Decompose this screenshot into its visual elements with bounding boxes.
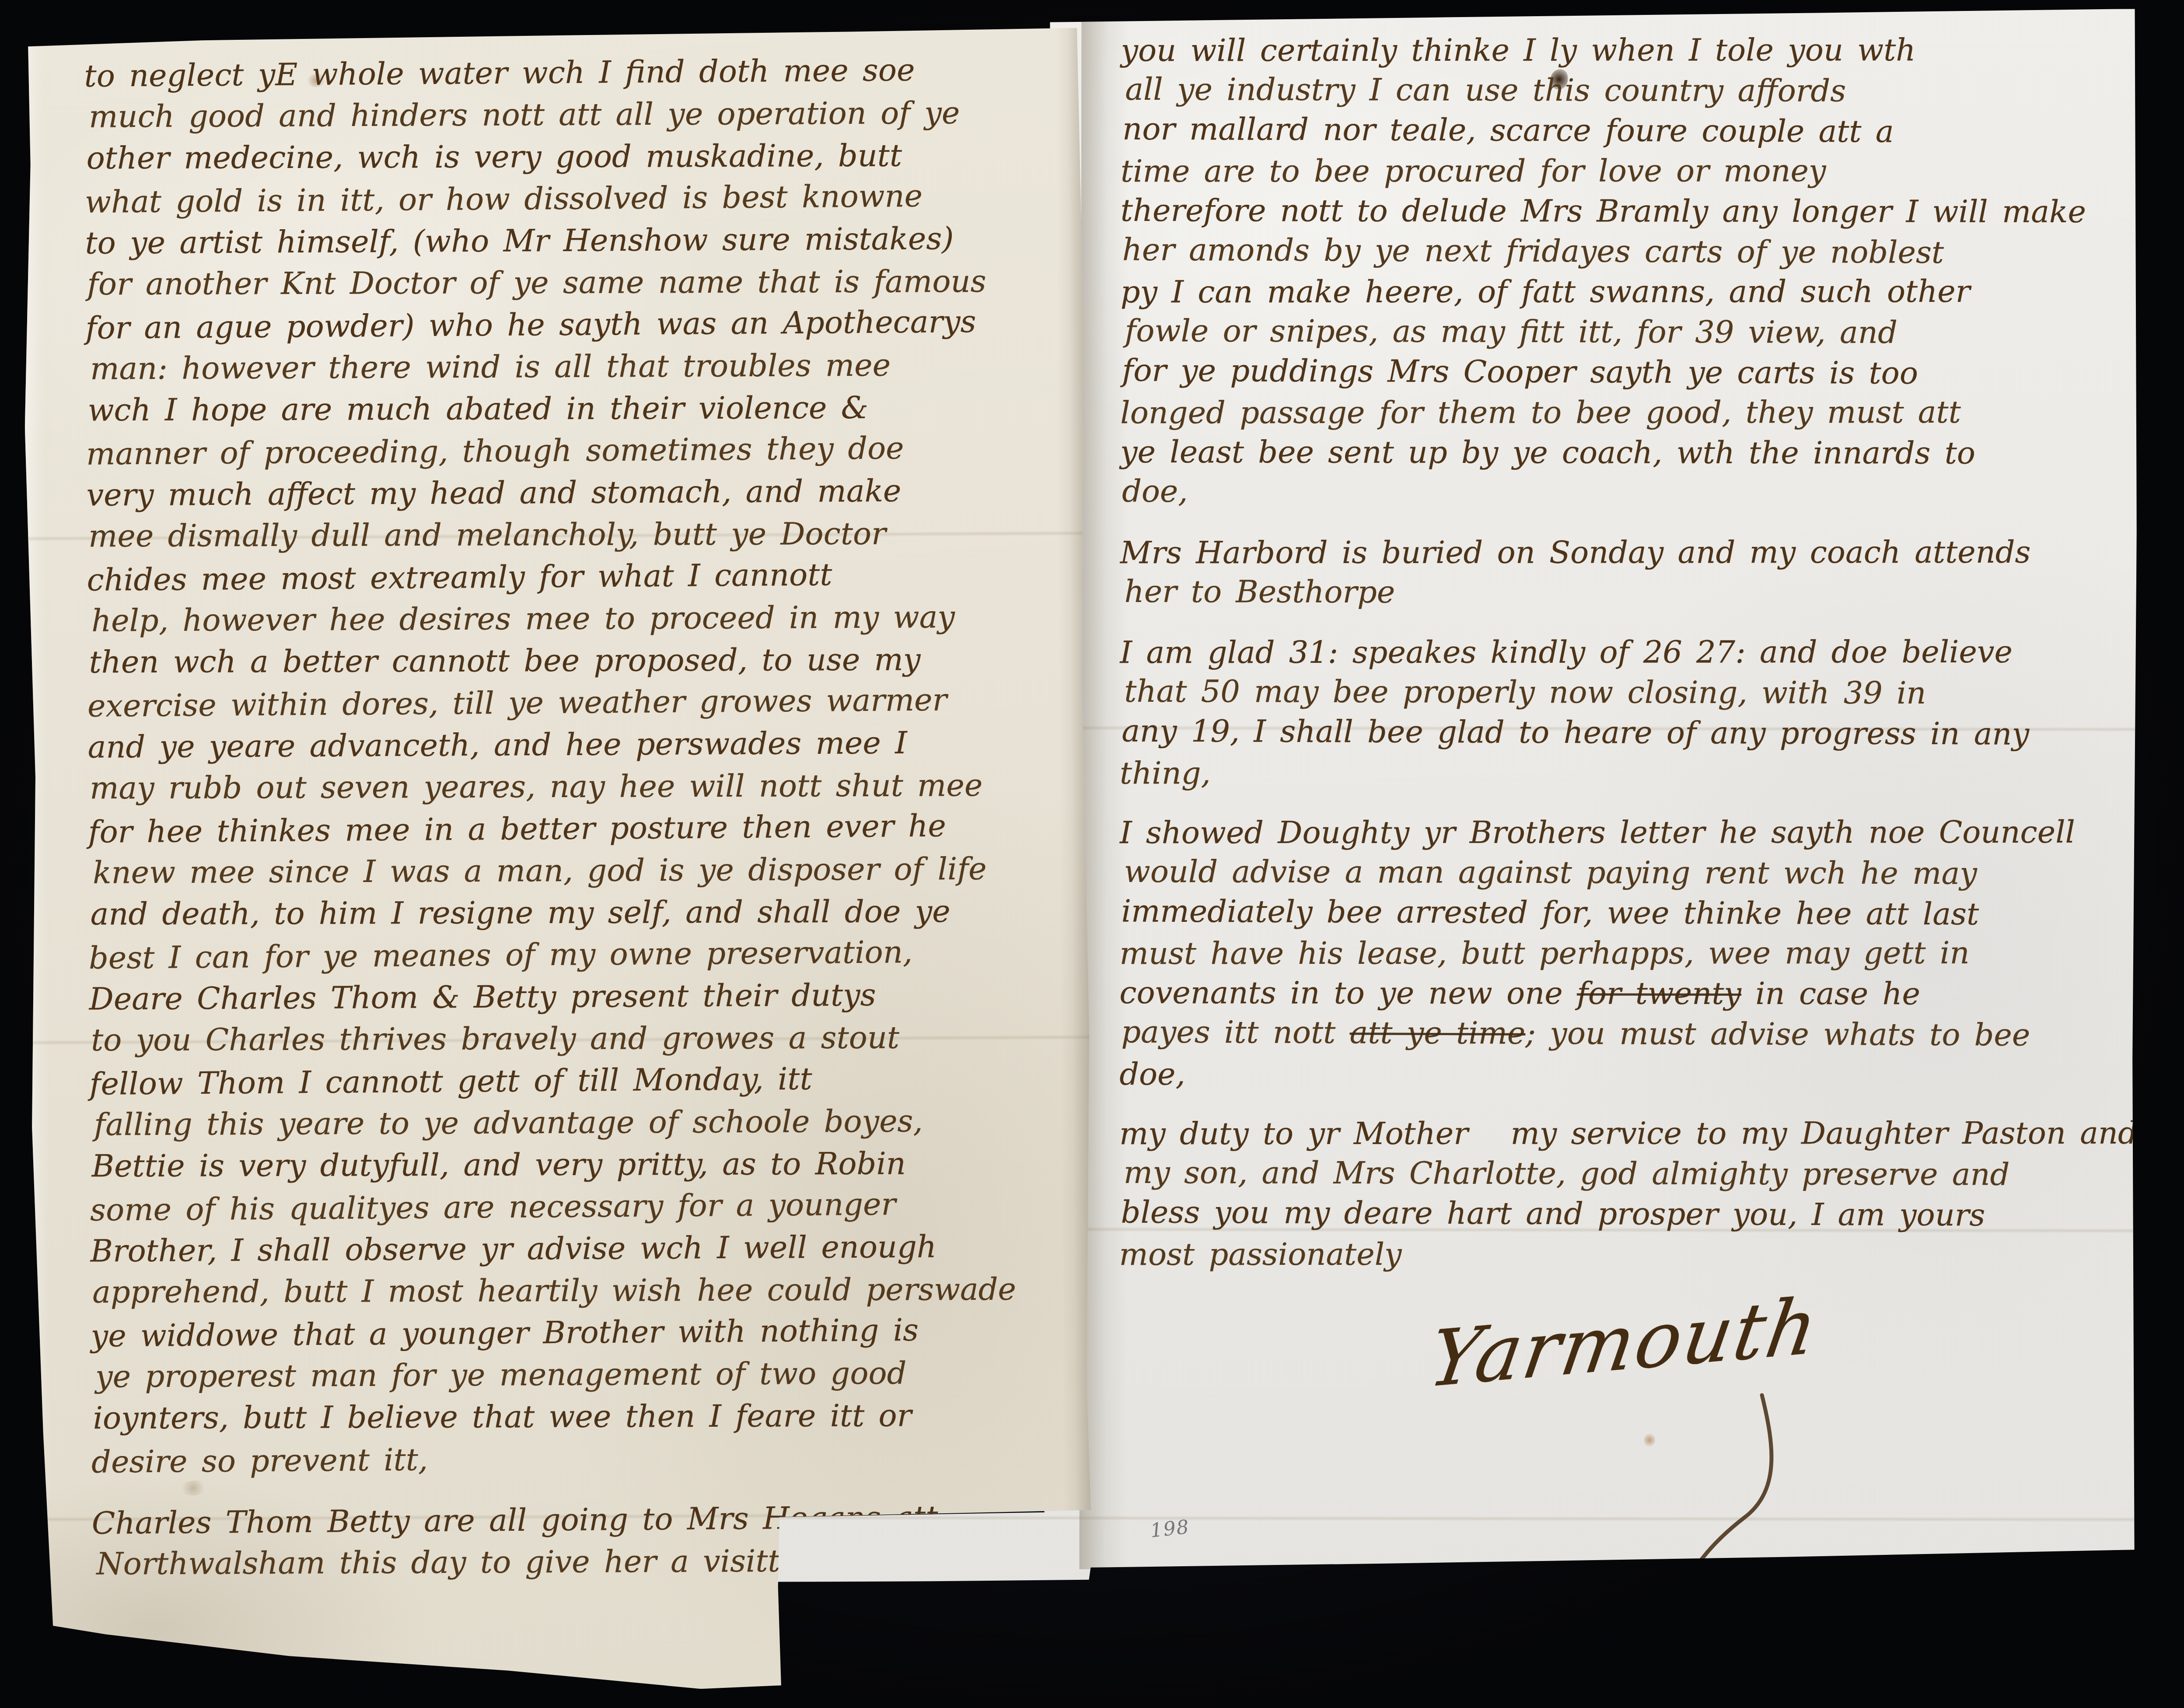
pencil-folio-number: 198 xyxy=(1149,1516,1191,1542)
paragraph: I am glad 31: speakes kindly of 26 27: a… xyxy=(1120,631,2138,794)
text-segment: Brother, I shall observe yr advise wch I… xyxy=(90,1228,936,1269)
text-line: then wch a better cannott bee proposed, … xyxy=(89,638,1013,683)
text-segment: doe, xyxy=(1122,473,1188,509)
text-line: chides mee most extreamly for what I can… xyxy=(87,552,1010,601)
text-segment: in case he xyxy=(1741,976,1920,1012)
text-line: fowle or snipes, as may fitt itt, for 39… xyxy=(1125,311,2143,353)
text-segment: to neglect yE whole water wch I find dot… xyxy=(84,52,915,94)
text-line: wch I hope are much abated in their viol… xyxy=(87,386,1011,431)
text-segment: bless you my deare hart and prosper you,… xyxy=(1121,1194,1985,1233)
text-line: desire so prevent itt, xyxy=(91,1434,1015,1483)
text-line: to ye artist himself, (who Mr Henshow su… xyxy=(85,217,1009,264)
paragraph: my duty to yr Mother my service to my Da… xyxy=(1119,1113,2137,1275)
text-line: her amonds by ye next fridayes carts of … xyxy=(1122,229,2141,273)
text-line: my son, and Mrs Charlotte, god almighty … xyxy=(1124,1152,2142,1195)
text-line: therefore nott to delude Mrs Bramly any … xyxy=(1121,190,2139,232)
paragraph: to neglect yE whole water wch I find dot… xyxy=(84,49,1015,1482)
text-segment: chides mee most extreamly for what I can… xyxy=(87,556,832,598)
text-segment: and ye yeare advanceth, and hee perswade… xyxy=(87,725,907,765)
text-line: very much affect my head and stomach, an… xyxy=(86,469,1010,516)
text-segment: Northwalsham this day to give her a visi… xyxy=(96,1543,790,1582)
text-line: doe, xyxy=(1119,1053,2138,1095)
text-segment: all ye industry I can use this country a… xyxy=(1125,71,1846,109)
text-line: mee dismally dull and melancholy, butt y… xyxy=(88,512,1012,557)
text-segment: immediately bee arrested for, wee thinke… xyxy=(1121,893,1979,932)
text-line: man: however there wind is all that trou… xyxy=(90,343,1014,389)
text-segment: most passionately xyxy=(1119,1236,1402,1272)
text-segment: py I can make heere, of fatt swanns, and… xyxy=(1121,273,1971,310)
right-page-text: you will certainly thinke I ly when I to… xyxy=(1119,29,2139,1294)
text-segment: and death, to him I resigne my self, and… xyxy=(90,893,950,932)
struck-text: for twenty xyxy=(1577,975,1741,1011)
struck-text: att ye time xyxy=(1349,1015,1525,1051)
text-line: to neglect yE whole water wch I find dot… xyxy=(84,48,1008,97)
crease-line xyxy=(773,1515,2138,1522)
left-page-text: to neglect yE whole water wch I find dot… xyxy=(84,49,1016,1605)
text-segment: much good and hinders nott att all ye op… xyxy=(89,95,960,135)
text-line: I showed Doughty yr Brothers letter he s… xyxy=(1120,812,2138,853)
text-segment: my son, and Mrs Charlotte, god almighty … xyxy=(1124,1155,2010,1193)
text-line: nor mallard nor teale, scarce foure coup… xyxy=(1122,108,2141,152)
text-line: ye properest man for ye menagement of tw… xyxy=(95,1351,1019,1397)
text-segment: best I can for ye meanes of my owne pres… xyxy=(89,934,913,976)
text-line: I am glad 31: speakes kindly of 26 27: a… xyxy=(1120,632,2138,673)
text-line: Deare Charles Thom & Betty present their… xyxy=(89,973,1013,1020)
text-segment: some of his qualityes are necessary for … xyxy=(90,1186,896,1228)
text-line: knew mee since I was a man, god is ye di… xyxy=(93,847,1017,893)
text-segment: what gold is in itt, or how dissolved is… xyxy=(85,178,923,220)
text-segment: ioynters, butt I believe that wee then I… xyxy=(93,1397,912,1436)
left-page: to neglect yE whole water wch I find dot… xyxy=(18,28,1094,1696)
text-segment: man: however there wind is all that trou… xyxy=(90,347,891,387)
text-line: help, however hee desires mee to proceed… xyxy=(91,595,1015,641)
text-line: most passionately xyxy=(1119,1234,2138,1275)
text-line: all ye industry I can use this country a… xyxy=(1125,69,2143,112)
text-segment: desire so prevent itt, xyxy=(91,1442,428,1480)
text-segment: her amonds by ye next fridayes carts of … xyxy=(1122,231,1944,270)
text-segment: help, however hee desires mee to proceed… xyxy=(91,599,955,639)
text-line: for ye puddings Mrs Cooper sayth ye cart… xyxy=(1122,350,2140,394)
text-segment: for another Knt Doctor of ye same name t… xyxy=(87,263,986,302)
text-line: apprehend, butt I most heartily wish hee… xyxy=(92,1268,1016,1313)
text-segment: to ye artist himself, (who Mr Henshow su… xyxy=(85,220,954,261)
text-segment: Mrs Harbord is buried on Sonday and my c… xyxy=(1120,534,2031,570)
text-line: falling this yeare to ye advantage of sc… xyxy=(94,1099,1018,1145)
text-segment: fowle or snipes, as may fitt itt, for 39… xyxy=(1125,313,1897,350)
text-segment: I am glad 31: speakes kindly of 26 27: a… xyxy=(1120,634,2012,670)
text-segment: manner of proceeding, though sometimes t… xyxy=(86,430,904,472)
text-segment: payes itt nott xyxy=(1121,1014,1350,1050)
paragraph: you will certainly thinke I ly when I to… xyxy=(1120,29,2139,514)
text-line: other medecine, wch is very good muskadi… xyxy=(86,134,1010,179)
text-line: Brother, I shall observe yr advise wch I… xyxy=(90,1225,1014,1272)
text-line: longed passage for them to bee good, the… xyxy=(1120,392,2139,433)
text-line: manner of proceeding, though sometimes t… xyxy=(86,426,1010,475)
left-page-torn-edge xyxy=(18,33,52,1696)
text-segment: may rubb out seven yeares, nay hee will … xyxy=(90,767,982,806)
text-segment: ; you must advise whats to bee xyxy=(1525,1015,2030,1053)
signature-flourish xyxy=(1630,1386,1814,1632)
text-line: ioynters, butt I believe that wee then I… xyxy=(93,1394,1017,1439)
text-segment: ye least bee sent up by ye coach, wth th… xyxy=(1120,434,1975,471)
paragraph: I showed Doughty yr Brothers letter he s… xyxy=(1119,812,2138,1095)
text-segment: exercise within dores, till ye weather g… xyxy=(87,682,947,724)
text-line: doe, xyxy=(1122,471,2140,514)
text-line: for hee thinkes mee in a better posture … xyxy=(88,804,1012,853)
text-segment: any 19, I shall bee glad to heare of any… xyxy=(1122,713,2029,752)
text-segment: must have his lease, butt perhapps, wee … xyxy=(1119,935,1969,971)
text-segment: for ye puddings Mrs Cooper sayth ye cart… xyxy=(1122,352,1918,391)
text-line: Bettie is very dutyfull, and very pritty… xyxy=(91,1142,1015,1187)
text-segment: doe, xyxy=(1119,1056,1185,1092)
text-line: would advise a man against paying rent w… xyxy=(1124,851,2142,894)
text-line: her to Besthorpe xyxy=(1125,571,2143,614)
text-line: covenants in to ye new one for twenty in… xyxy=(1119,973,2138,1014)
text-line: ye least bee sent up by ye coach, wth th… xyxy=(1120,432,2139,473)
text-segment: covenants in to ye new one xyxy=(1119,975,1577,1011)
text-line: payes itt nott att ye time; you must adv… xyxy=(1121,1011,2139,1055)
text-segment: nor mallard nor teale, scarce foure coup… xyxy=(1122,111,1894,149)
manuscript-scan: to neglect yE whole water wch I find dot… xyxy=(0,0,2184,1708)
text-segment: thing, xyxy=(1120,755,1211,791)
text-line: for an ague powder) who he sayth was an … xyxy=(85,300,1009,349)
text-segment: then wch a better cannott bee proposed, … xyxy=(89,641,920,680)
text-segment: time are to bee procured for love or mon… xyxy=(1121,153,1826,189)
text-line: time are to bee procured for love or mon… xyxy=(1121,150,2139,192)
text-segment: to you Charles thrives bravely and growe… xyxy=(91,1020,899,1058)
text-line: much good and hinders nott att all ye op… xyxy=(89,91,1013,137)
text-segment: Bettie is very dutyfull, and very pritty… xyxy=(91,1146,905,1184)
text-segment: you will certainly thinke I ly when I to… xyxy=(1121,32,1915,68)
text-line: my duty to yr Mother my service to my Da… xyxy=(1119,1113,2138,1154)
text-segment: that 50 may bee properly now closing, wi… xyxy=(1124,673,1926,711)
text-line: must have his lease, butt perhapps, wee … xyxy=(1119,933,2138,974)
text-line: ye widdowe that a younger Brother with n… xyxy=(91,1308,1014,1357)
text-line: any 19, I shall bee glad to heare of any… xyxy=(1122,710,2140,754)
text-segment: therefore nott to delude Mrs Bramly any … xyxy=(1121,192,2086,230)
text-line: bless you my deare hart and prosper you,… xyxy=(1121,1192,2139,1235)
text-segment: knew mee since I was a man, god is ye di… xyxy=(93,851,987,891)
text-segment: Deare Charles Thom & Betty present their… xyxy=(89,977,876,1017)
text-line: immediately bee arrested for, wee thinke… xyxy=(1121,891,2139,934)
text-line: Mrs Harbord is buried on Sonday and my c… xyxy=(1120,532,2139,573)
text-line: exercise within dores, till ye weather g… xyxy=(87,678,1011,727)
text-segment: longed passage for them to bee good, the… xyxy=(1120,394,1961,430)
text-segment: would advise a man against paying rent w… xyxy=(1124,854,1977,891)
text-segment: very much affect my head and stomach, an… xyxy=(86,473,901,513)
text-line: that 50 may bee properly now closing, wi… xyxy=(1124,671,2142,714)
text-line: best I can for ye meanes of my owne pres… xyxy=(89,930,1013,979)
text-segment: wch I hope are much abated in their viol… xyxy=(87,390,868,428)
text-line: for another Knt Doctor of ye same name t… xyxy=(87,260,1011,305)
text-line: you will certainly thinke I ly when I to… xyxy=(1121,30,2139,71)
text-segment: ye widdowe that a younger Brother with n… xyxy=(91,1312,919,1354)
text-line: what gold is in itt, or how dissolved is… xyxy=(85,174,1009,223)
text-segment: ye properest man for ye menagement of tw… xyxy=(95,1355,907,1395)
text-segment: other medecine, wch is very good muskadi… xyxy=(86,138,902,176)
text-line: may rubb out seven yeares, nay hee will … xyxy=(90,764,1013,809)
text-segment: fellow Thom I cannott gett of till Monda… xyxy=(89,1061,812,1102)
paragraph: Mrs Harbord is buried on Sonday and my c… xyxy=(1120,532,2139,613)
text-line: and death, to him I resigne my self, and… xyxy=(90,890,1014,935)
text-segment: her to Besthorpe xyxy=(1125,574,1395,610)
text-segment: my duty to yr Mother my service to my Da… xyxy=(1119,1115,2138,1152)
text-segment: falling this yeare to ye advantage of sc… xyxy=(94,1103,923,1142)
text-line: py I can make heere, of fatt swanns, and… xyxy=(1121,271,2139,312)
text-segment: apprehend, butt I most heartily wish hee… xyxy=(92,1271,1016,1310)
text-segment: for hee thinkes mee in a better posture … xyxy=(88,808,946,850)
text-line: and ye yeare advanceth, and hee perswade… xyxy=(87,721,1011,768)
text-line: thing, xyxy=(1120,752,2138,794)
text-line: fellow Thom I cannott gett of till Monda… xyxy=(89,1056,1013,1105)
text-segment: for an ague powder) who he sayth was an … xyxy=(85,304,976,346)
text-line: some of his qualityes are necessary for … xyxy=(90,1182,1014,1231)
text-segment: I showed Doughty yr Brothers letter he s… xyxy=(1120,814,2075,851)
text-segment: mee dismally dull and melancholy, butt y… xyxy=(88,516,886,554)
text-line: to you Charles thrives bravely and growe… xyxy=(91,1016,1015,1061)
